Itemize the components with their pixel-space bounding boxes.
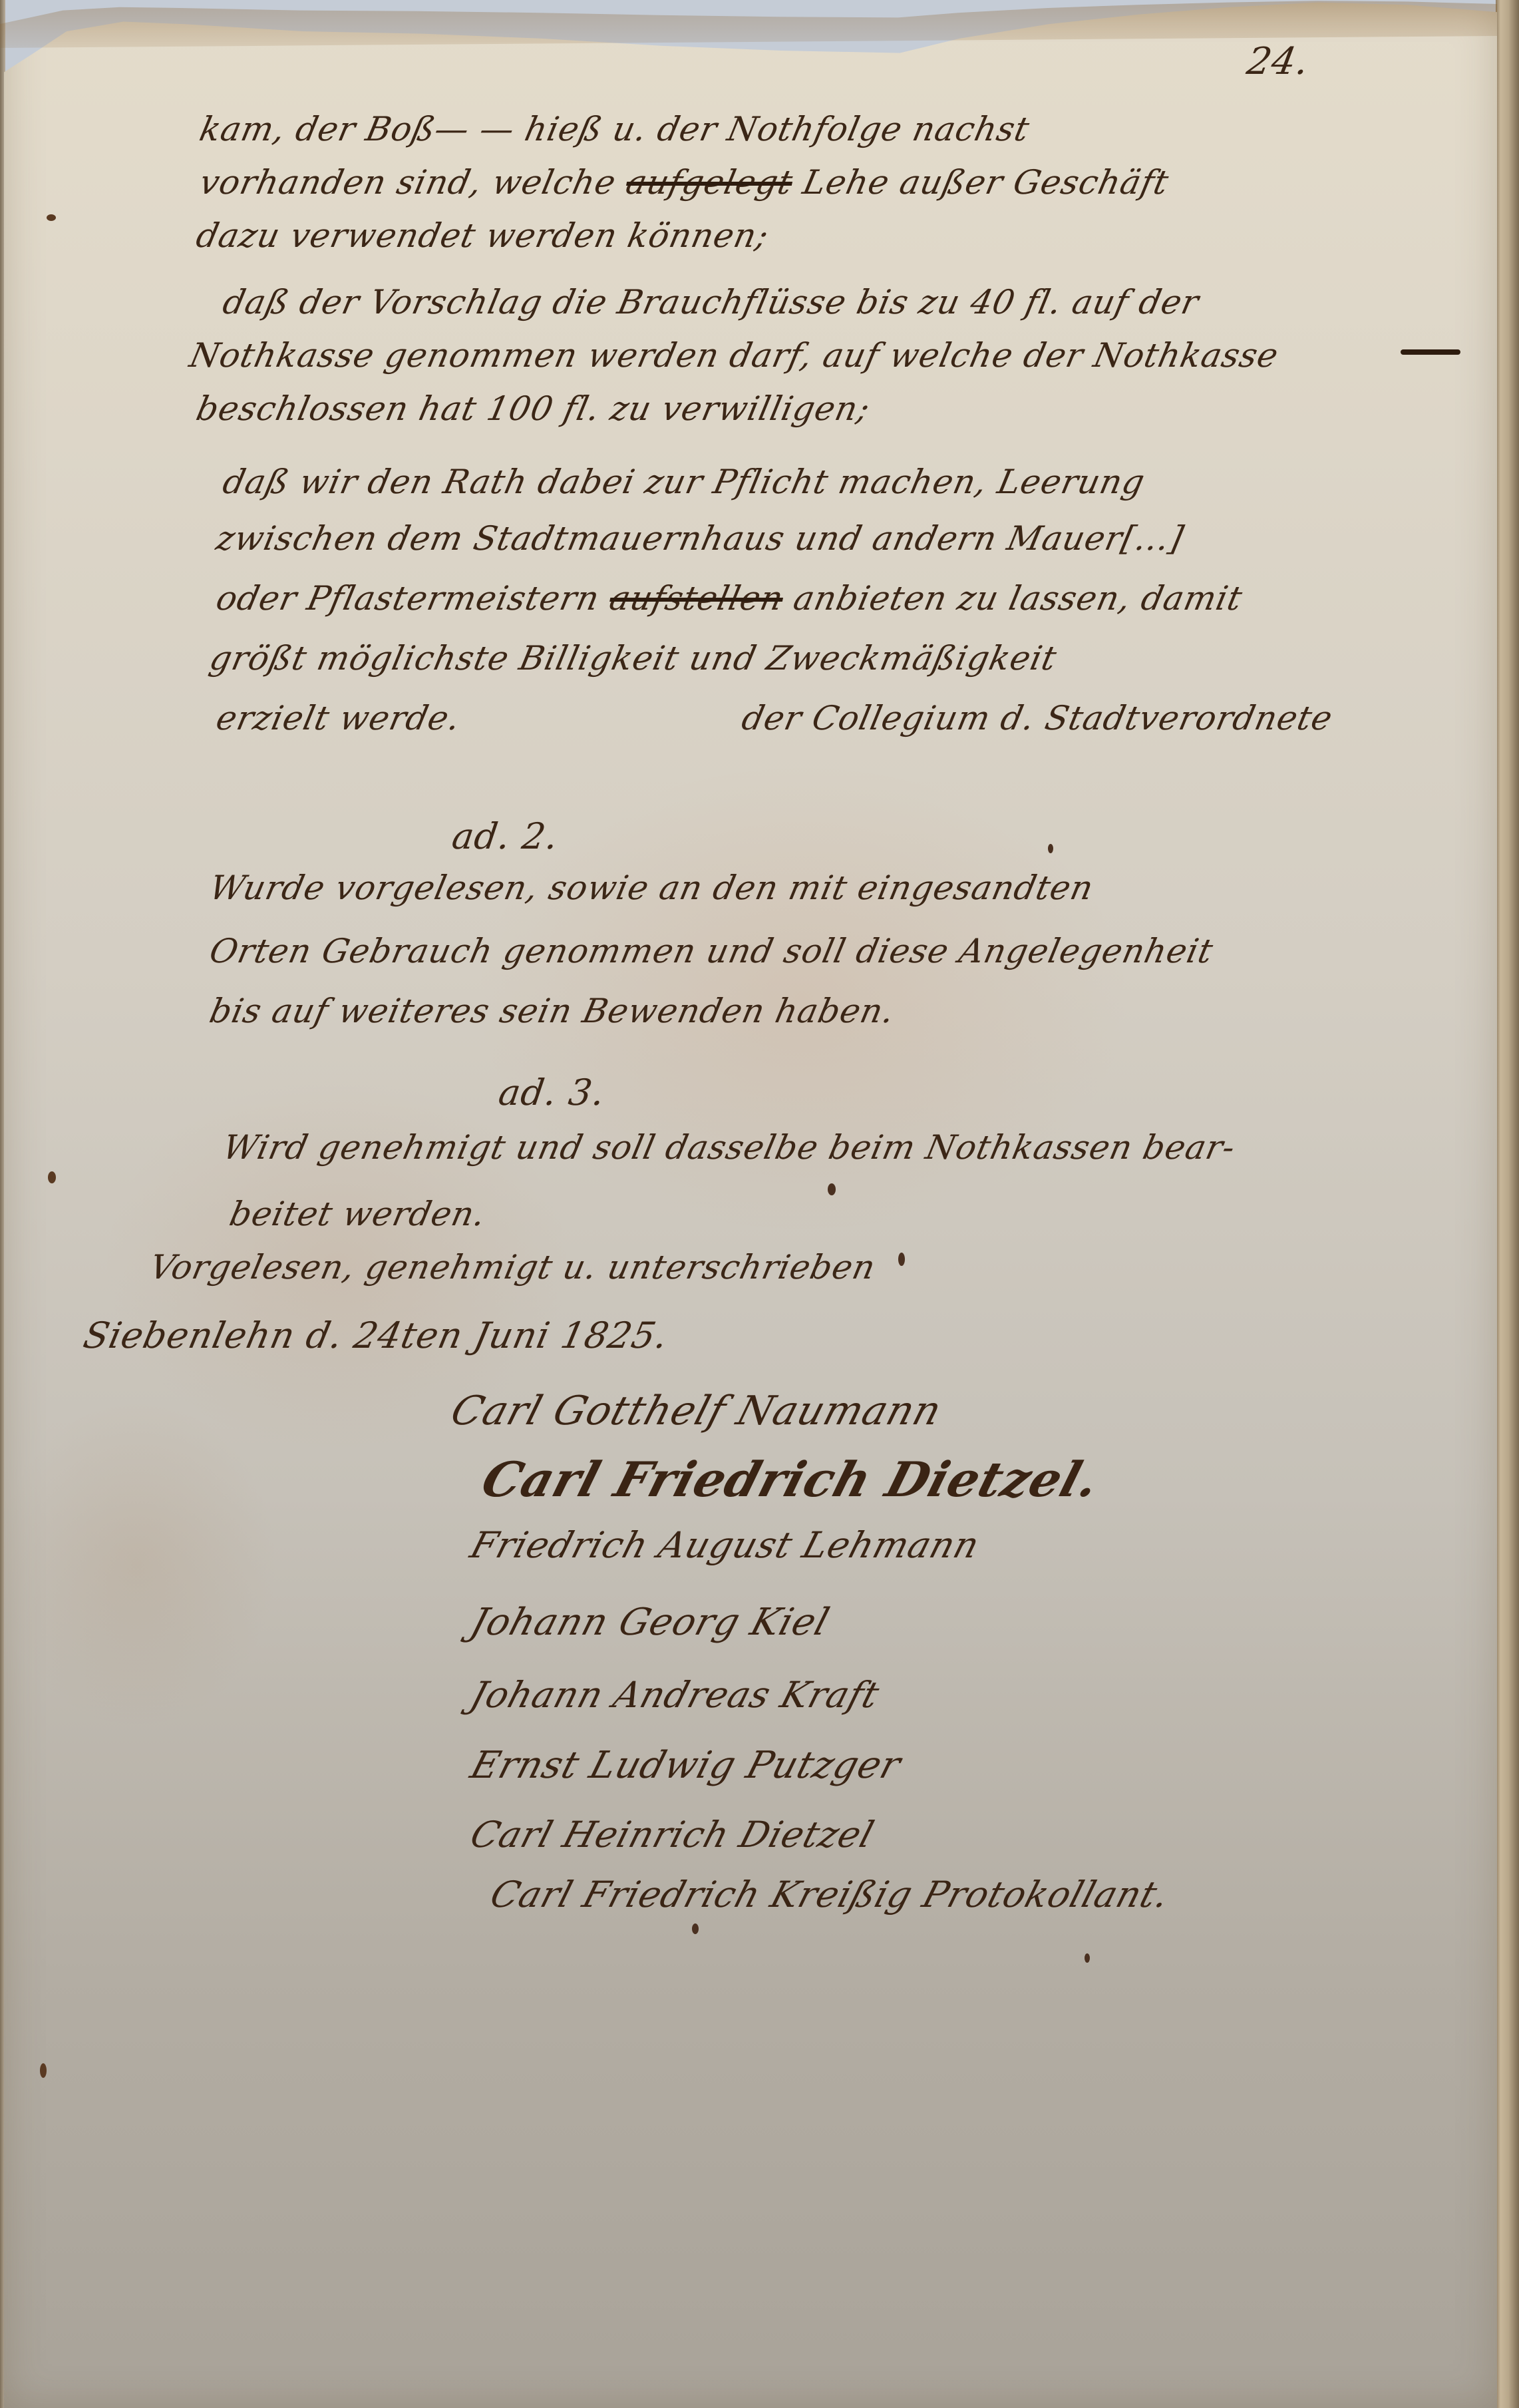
signature: Carl Heinrich Dietzel: [466, 1814, 879, 1856]
binding-hole: [48, 1171, 56, 1183]
body-line: zwischen dem Stadtmauernhaus und andern …: [213, 519, 1187, 558]
page-number: 24.: [1244, 40, 1313, 83]
struck-word: aufgelegt: [623, 163, 796, 202]
struck-word: aufstellen: [606, 579, 787, 618]
body-line: größt möglichste Billigkeit und Zweckmäß…: [206, 639, 1061, 678]
body-line: Wurde vorgelesen, sowie an den mit einge…: [206, 869, 1097, 907]
body-line: daß wir den Rath dabei zur Pflicht mache…: [220, 463, 1148, 501]
ink-speck: [47, 214, 56, 221]
closing-formula: Vorgelesen, genehmigt u. unterschrieben: [146, 1248, 879, 1287]
place-and-date: Siebenlehn d. 24ten Juni 1825.: [80, 1314, 672, 1356]
body-line: beschlossen hat 100 fl. zu verwilligen;: [193, 389, 874, 428]
body-line: daß der Vorschlag die Brauchflüsse bis z…: [220, 283, 1202, 321]
body-line: Nothkasse genommen werden darf, auf welc…: [186, 336, 1282, 375]
underline-mark: [1401, 349, 1460, 355]
body-line: Orten Gebrauch genommen und soll diese A…: [206, 932, 1217, 970]
body-line: dazu verwendet werden können;: [193, 216, 772, 255]
body-line: erzielt werde.: [213, 699, 464, 737]
signature: Carl Friedrich Kreißig Protokollant.: [486, 1874, 1174, 1915]
signature: Carl Gotthelf Naumann: [446, 1388, 947, 1434]
signature: Johann Georg Kiel: [466, 1601, 834, 1644]
signature: Johann Andreas Kraft: [466, 1674, 884, 1716]
ink-speck: [692, 1923, 699, 1934]
body-line: Wird genehmigt und soll dasselbe beim No…: [220, 1128, 1239, 1167]
ink-speck: [1048, 844, 1053, 853]
binding-hole: [40, 2063, 47, 2078]
body-line: bis auf weiteres sein Bewenden haben.: [206, 992, 898, 1030]
page-stack-edge: [1496, 0, 1519, 2408]
body-line: oder Pflastermeistern aufstellen anbiete…: [213, 579, 1246, 618]
body-line: beitet werden.: [226, 1195, 490, 1233]
signature: Ernst Ludwig Putzger: [466, 1744, 906, 1787]
section-heading: ad. 2.: [450, 815, 561, 857]
body-line: vorhanden sind, welche aufgelegt Lehe au…: [196, 163, 1172, 202]
ink-speck: [898, 1253, 905, 1266]
signature: Carl Friedrich Dietzel.: [476, 1451, 1106, 1507]
ink-speck: [828, 1183, 836, 1195]
body-line: kam, der Boß— — hieß u. der Nothfolge na…: [196, 110, 1033, 148]
section-heading: ad. 3.: [496, 1072, 607, 1113]
ink-speck: [1085, 1953, 1090, 1963]
body-line: der Collegium d. Stadtverordnete: [739, 699, 1336, 737]
signature: Friedrich August Lehmann: [466, 1524, 985, 1566]
